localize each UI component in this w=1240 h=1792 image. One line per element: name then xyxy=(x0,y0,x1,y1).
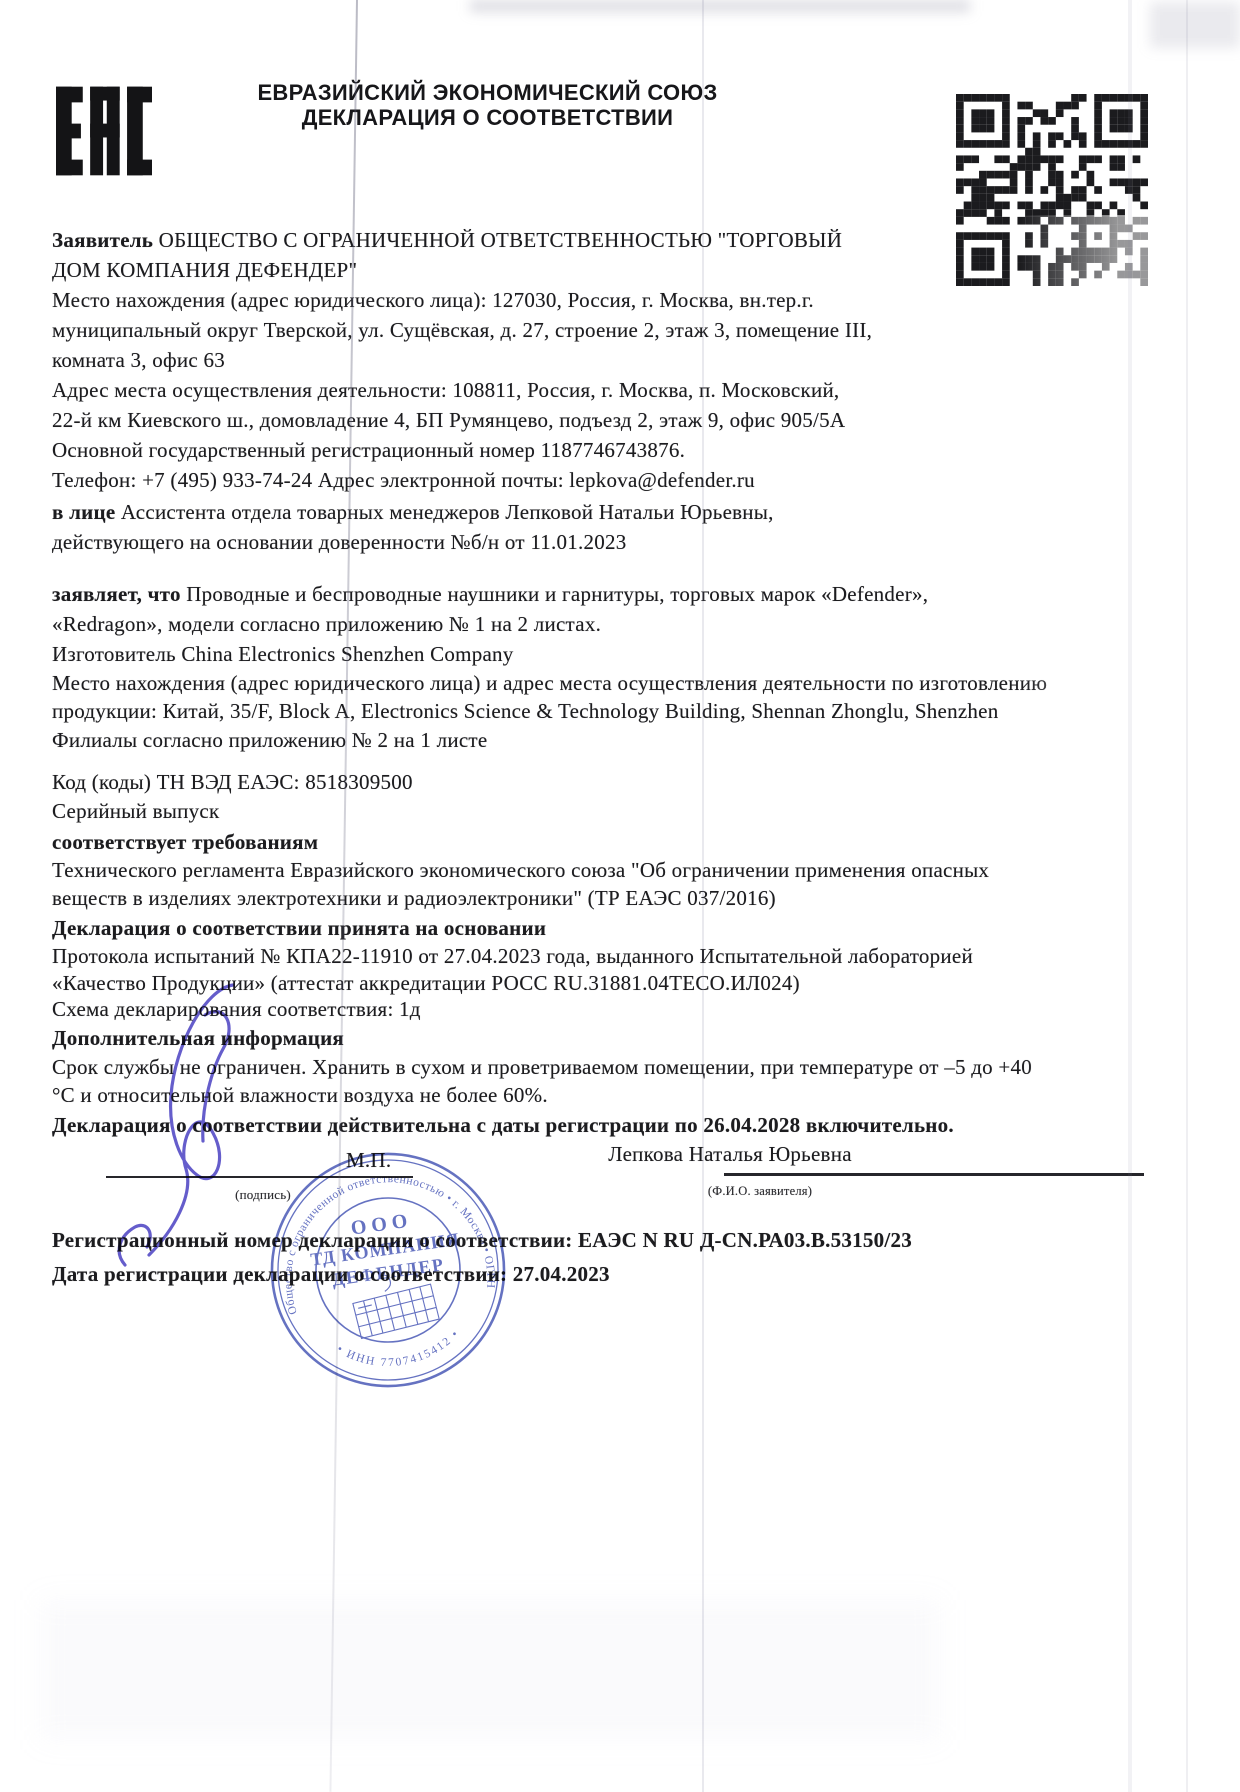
legal-address-3: комната 3, офис 63 xyxy=(52,348,225,372)
qr-code xyxy=(956,94,1148,286)
declaration-page: ЕВРАЗИЙСКИЙ ЭКОНОМИЧЕСКИЙ СОЮЗ ДЕКЛАРАЦИ… xyxy=(0,0,1240,1792)
applicant-fio: Лепкова Наталья Юрьевна xyxy=(560,1142,900,1166)
scan-fade-overlay xyxy=(1020,215,1240,1115)
applicant-name-1: ОБЩЕСТВО С ОГРАНИЧЕННОЙ ОТВЕТСТВЕННОСТЬЮ… xyxy=(159,228,842,252)
stamp-center-ooo: ООО xyxy=(350,1209,414,1239)
in-person-line: в лице Ассистента отдела товарных менедж… xyxy=(52,500,774,524)
manufacturer-address-2: продукции: Китай, 35/F, Block A, Electro… xyxy=(52,699,999,723)
handwritten-signature xyxy=(55,955,315,1285)
complies-line-2: веществ в изделиях электротехники и ради… xyxy=(52,886,776,910)
in-person-label: в лице xyxy=(52,500,115,524)
declares-line-2: «Redragon», модели согласно приложению №… xyxy=(52,612,601,636)
contact-line: Телефон: +7 (495) 933-74-24 Адрес электр… xyxy=(52,468,755,492)
scan-smudge-top-right xyxy=(1150,2,1240,48)
complies-heading: соответствует требованиям xyxy=(52,830,318,854)
declares-text: Проводные и беспроводные наушники и гарн… xyxy=(186,582,928,606)
page-edge-shadow xyxy=(1186,0,1188,1792)
applicant-line: Заявитель ОБЩЕСТВО С ОГРАНИЧЕННОЙ ОТВЕТС… xyxy=(52,228,842,252)
serial-line: Серийный выпуск xyxy=(52,799,219,823)
activity-address-2: 22-й км Киевского ш., домовладение 4, БП… xyxy=(52,408,845,432)
ogrn-line: Основной государственный регистрационный… xyxy=(52,438,685,462)
eac-mark-icon xyxy=(56,85,152,177)
complies-line-1: Технического регламента Евразийского эко… xyxy=(52,858,989,882)
in-person-text: Ассистента отдела товарных менеджеров Ле… xyxy=(121,500,774,524)
scan-smudge-bottom xyxy=(40,1600,940,1740)
scan-smudge-top xyxy=(470,0,970,12)
fio-caption: (Ф.И.О. заявителя) xyxy=(655,1179,865,1203)
title-line-declaration: ДЕКЛАРАЦИЯ О СООТВЕТСТВИИ xyxy=(235,105,740,130)
declares-line: заявляет, что Проводные и беспроводные н… xyxy=(52,582,928,606)
activity-address-1: Адрес места осуществления деятельности: … xyxy=(52,378,839,402)
legal-address-2: муниципальный округ Тверской, ул. Сущёвс… xyxy=(52,318,872,342)
document-title: ЕВРАЗИЙСКИЙ ЭКОНОМИЧЕСКИЙ СОЮЗ ДЕКЛАРАЦИ… xyxy=(235,80,740,130)
branches-line: Филиалы согласно приложению № 2 на 1 лис… xyxy=(52,728,487,752)
tnved-code-line: Код (коды) ТН ВЭД ЕАЭС: 8518309500 xyxy=(52,770,413,794)
manufacturer-address-1: Место нахождения (адрес юридического лиц… xyxy=(52,671,1047,695)
title-line-union: ЕВРАЗИЙСКИЙ ЭКОНОМИЧЕСКИЙ СОЮЗ xyxy=(235,80,740,105)
applicant-name-2: ДОМ КОМПАНИЯ ДЕФЕНДЕР" xyxy=(52,258,357,282)
manufacturer-line: Изготовитель China Electronics Shenzhen … xyxy=(52,642,514,666)
basis-heading: Декларация о соответствии принята на осн… xyxy=(52,916,546,940)
fio-line xyxy=(724,1173,1144,1176)
declares-label: заявляет, что xyxy=(52,582,181,606)
legal-address-1: Место нахождения (адрес юридического лиц… xyxy=(52,288,814,312)
applicant-label: Заявитель xyxy=(52,228,153,252)
in-person-line-2: действующего на основании доверенности №… xyxy=(52,530,627,554)
